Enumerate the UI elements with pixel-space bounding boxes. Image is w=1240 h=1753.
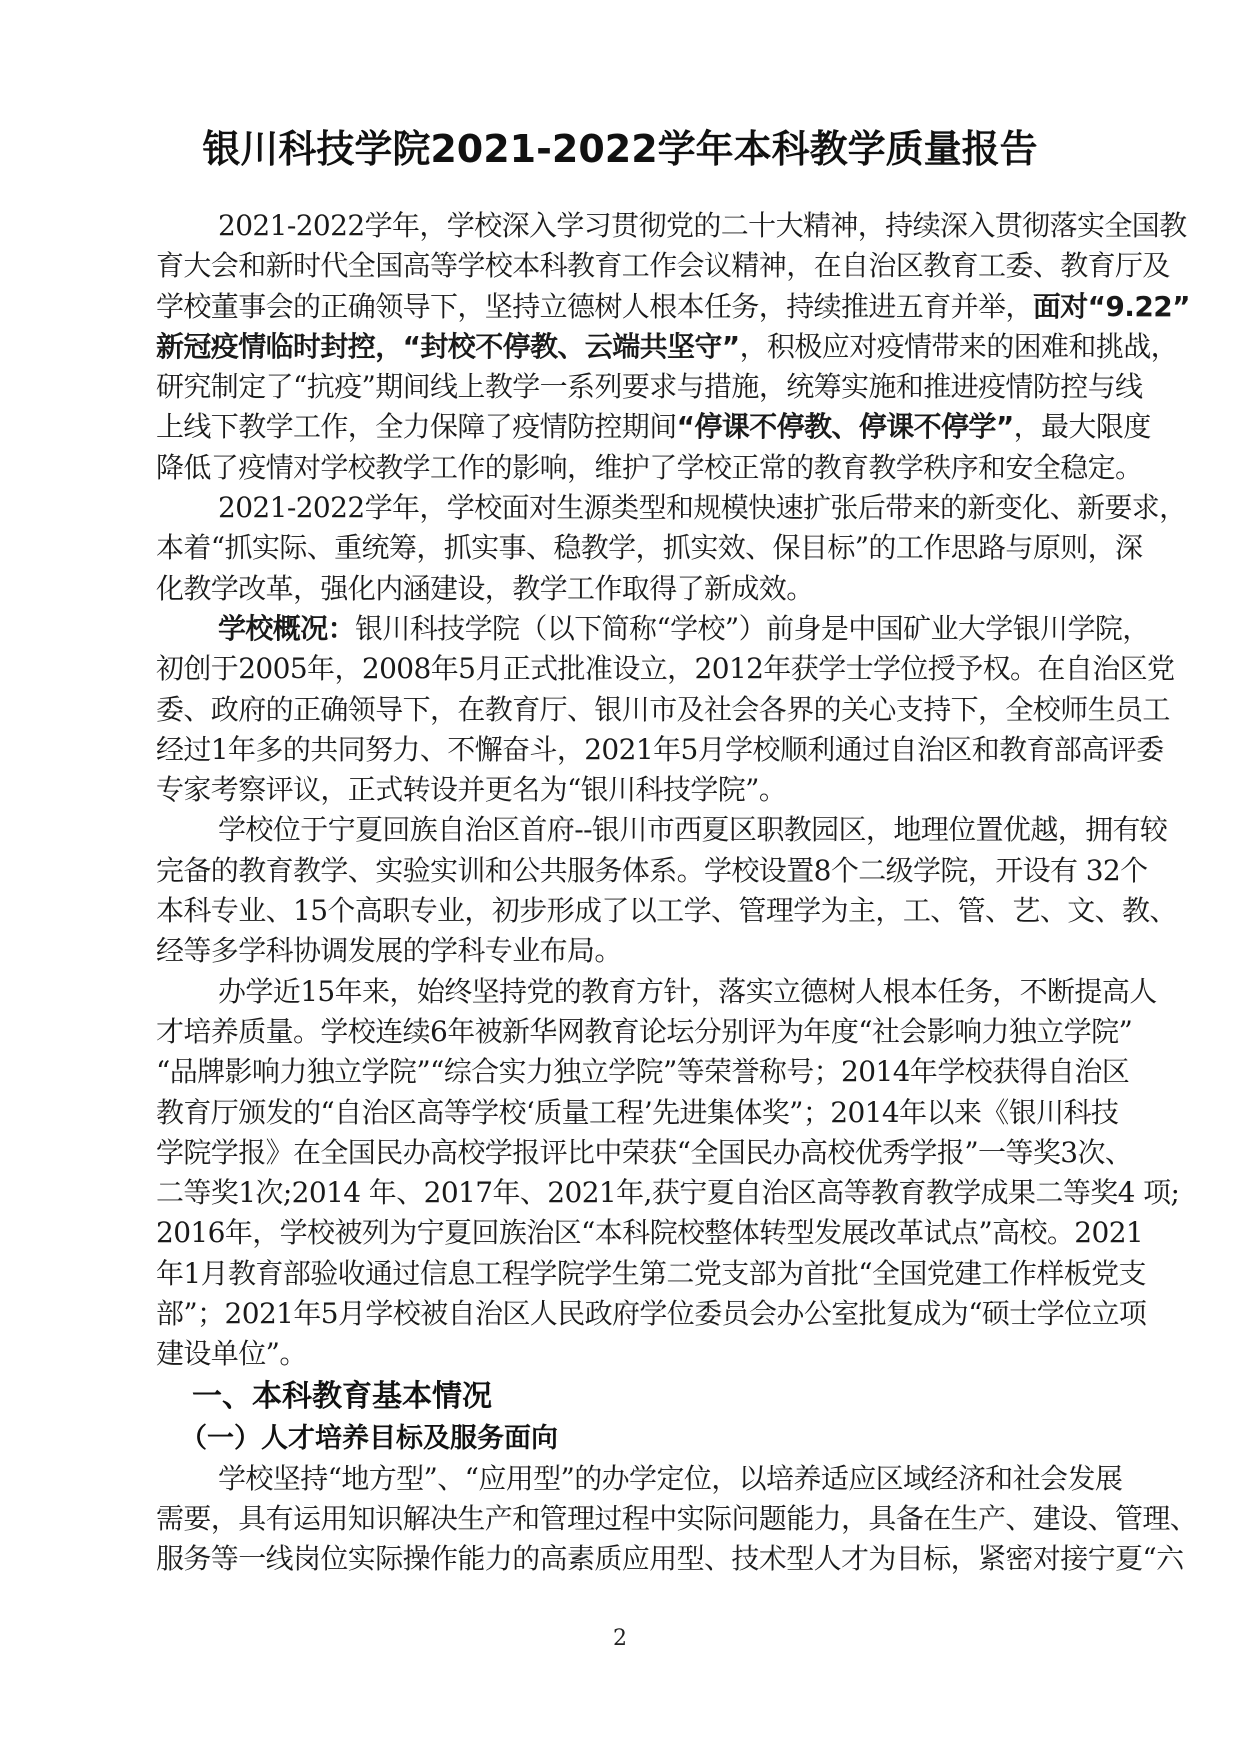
paragraph: 学校概况：银川科技学院（以下简称“学校”）前身是中国矿业大学银川学院，初创于20… — [156, 609, 1080, 810]
text-line: 育大会和新时代全国高等学校本科教育工作会议精神，在自治区教育工委、教育厅及 — [156, 246, 1080, 286]
text-line: 2021-2022学年，学校深入学习贯彻党的二十大精神，持续深入贯彻落实全国教 — [156, 206, 1080, 246]
text: 2021-2022学年，学校面对生源类型和规模快速扩张后带来的新变化、新要求， — [218, 491, 1187, 524]
text: 年1月教育部验收通过信息工程学院学生第二党支部为首批“全国党建工作样板党支 — [156, 1257, 1146, 1290]
section-heading: 一、本科教育基本情况 — [156, 1375, 1080, 1419]
paragraph: 办学近15年来，始终坚持党的教育方针，落实立德树人根本任务，不断提高人才培养质量… — [156, 972, 1080, 1375]
text-line: 专家考察评议，正式转设并更名为“银川科技学院”。 — [156, 770, 1080, 810]
text-line: 教育厅颁发的“自治区高等学校‘质量工程’先进集体奖”；2014年以来《银川科技 — [156, 1093, 1080, 1133]
text: 初创于2005年，2008年5月正式批准设立，2012年获学士学位授予权。在自治… — [156, 652, 1174, 685]
text-line: “品牌影响力独立学院”“综合实力独立学院”等荣誉称号；2014年学校获得自治区 — [156, 1052, 1080, 1092]
text-line: 学院学报》在全国民办高校学报评比中荣获“全国民办高校优秀学报”一等奖3次、 — [156, 1133, 1080, 1173]
text-line: 学校董事会的正确领导下，坚持立德树人根本任务，持续推进五育并举，面对“9.22” — [156, 287, 1080, 327]
text: 化教学改革，强化内涵建设，教学工作取得了新成效。 — [156, 572, 814, 605]
text-line: 学校概况：银川科技学院（以下简称“学校”）前身是中国矿业大学银川学院， — [156, 609, 1080, 649]
subsection-heading: （一）人才培养目标及服务面向 — [156, 1419, 1080, 1459]
text: 2016年，学校被列为宁夏回族治区“本科院校整体转型发展改革试点”高校。2021 — [156, 1216, 1143, 1249]
text-line: 研究制定了“抗疫”期间线上教学一系列要求与措施，统筹实施和推进疫情防控与线 — [156, 367, 1080, 407]
text-line: 上线下教学工作，全力保障了疫情防控期间“停课不停教、停课不停学”，最大限度 — [156, 407, 1080, 447]
text: 本科专业、15个高职专业，初步形成了以工学、管理学为主，工、管、艺、文、教、 — [156, 894, 1177, 927]
text-line: 需要，具有运用知识解决生产和管理过程中实际问题能力，具备在生产、建设、管理、 — [156, 1499, 1080, 1539]
text: 学校董事会的正确领导下，坚持立德树人根本任务，持续推进五育并举， — [156, 290, 1033, 323]
text: 委、政府的正确领导下，在教育厅、银川市及社会各界的关心支持下，全校师生员工 — [156, 693, 1170, 726]
text: 才培养质量。学校连续6年被新华网教育论坛分别评为年度“社会影响力独立学院” — [156, 1015, 1132, 1048]
text: 经过1年多的共同努力、不懈奋斗，2021年5月学校顺利通过自治区和教育部高评委 — [156, 733, 1164, 766]
text-line: 新冠疫情临时封控，“封校不停教、云端共坚守”，积极应对疫情带来的困难和挑战， — [156, 327, 1080, 367]
text-line: 本着“抓实际、重统筹，抓实事、稳教学，抓实效、保目标”的工作思路与原则，深 — [156, 528, 1080, 568]
text: 办学近15年来，始终坚持党的教育方针，落实立德树人根本任务，不断提高人 — [218, 975, 1157, 1008]
text: 专家考察评议，正式转设并更名为“银川科技学院”。 — [156, 773, 786, 806]
text-line: 2016年，学校被列为宁夏回族治区“本科院校整体转型发展改革试点”高校。2021 — [156, 1213, 1080, 1253]
bold-text: 面对“9.22” — [1033, 290, 1190, 323]
text-line: 部”；2021年5月学校被自治区人民政府学位委员会办公室批复成为“硕士学位立项 — [156, 1294, 1080, 1334]
text: 教育厅颁发的“自治区高等学校‘质量工程’先进集体奖”；2014年以来《银川科技 — [156, 1096, 1118, 1129]
text: 完备的教育教学、实验实训和公共服务体系。学校设置8个二级学院，开设有 32个 — [156, 854, 1148, 887]
text: 银川科技学院（以下简称“学校”）前身是中国矿业大学银川学院， — [355, 612, 1150, 645]
page-number: 2 — [0, 1626, 1240, 1651]
text-line: 办学近15年来，始终坚持党的教育方针，落实立德树人根本任务，不断提高人 — [156, 972, 1080, 1012]
bold-text: 新冠疫情临时封控，“封校不停教、云端共坚守” — [156, 330, 740, 363]
text: 学校位于宁夏回族自治区首府--银川市西夏区职教园区，地理位置优越，拥有较 — [218, 813, 1167, 846]
text-line: 二等奖1次;2014 年、2017年、2021年,获宁夏自治区高等教育教学成果二… — [156, 1173, 1080, 1213]
text: “品牌影响力独立学院”“综合实力独立学院”等荣誉称号；2014年学校获得自治区 — [156, 1055, 1129, 1088]
text: 2021-2022学年，学校深入学习贯彻党的二十大精神，持续深入贯彻落实全国教 — [218, 209, 1187, 242]
text-line: 服务等一线岗位实际操作能力的高素质应用型、技术型人才为目标，紧密对接宁夏“六 — [156, 1539, 1080, 1579]
document-page: 银川科技学院2021-2022学年本科教学质量报告 2021-2022学年，学校… — [0, 0, 1240, 1753]
text: 服务等一线岗位实际操作能力的高素质应用型、技术型人才为目标，紧密对接宁夏“六 — [156, 1542, 1184, 1575]
text-line: 完备的教育教学、实验实训和公共服务体系。学校设置8个二级学院，开设有 32个 — [156, 851, 1080, 891]
text: 上线下教学工作，全力保障了疫情防控期间 — [156, 410, 677, 443]
text-line: 化教学改革，强化内涵建设，教学工作取得了新成效。 — [156, 569, 1080, 609]
text-line: 初创于2005年，2008年5月正式批准设立，2012年获学士学位授予权。在自治… — [156, 649, 1080, 689]
text: 学校坚持“地方型”、“应用型”的办学定位，以培养适应区域经济和社会发展 — [218, 1462, 1122, 1495]
text: 建设单位”。 — [156, 1337, 307, 1370]
bold-text: “停课不停教、停课不停学” — [677, 410, 1014, 443]
text-line: 年1月教育部验收通过信息工程学院学生第二党支部为首批“全国党建工作样板党支 — [156, 1254, 1080, 1294]
document-title: 银川科技学院2021-2022学年本科教学质量报告 — [0, 124, 1240, 174]
text: 需要，具有运用知识解决生产和管理过程中实际问题能力，具备在生产、建设、管理、 — [156, 1502, 1197, 1535]
text: 降低了疫情对学校教学工作的影响，维护了学校正常的教育教学秩序和安全稳定。 — [156, 451, 1142, 484]
text-line: 学校坚持“地方型”、“应用型”的办学定位，以培养适应区域经济和社会发展 — [156, 1459, 1080, 1499]
text: ，积极应对疫情带来的困难和挑战， — [740, 330, 1178, 363]
text: 学院学报》在全国民办高校学报评比中荣获“全国民办高校优秀学报”一等奖3次、 — [156, 1136, 1132, 1169]
text-line: 经等多学科协调发展的学科专业布局。 — [156, 931, 1080, 971]
text: 部”；2021年5月学校被自治区人民政府学位委员会办公室批复成为“硕士学位立项 — [156, 1297, 1146, 1330]
text: 本着“抓实际、重统筹，抓实事、稳教学，抓实效、保目标”的工作思路与原则，深 — [156, 531, 1142, 564]
text: 经等多学科协调发展的学科专业布局。 — [156, 934, 622, 967]
text-line: 委、政府的正确领导下，在教育厅、银川市及社会各界的关心支持下，全校师生员工 — [156, 690, 1080, 730]
text: 二等奖1次;2014 年、2017年、2021年,获宁夏自治区高等教育教学成果二… — [156, 1176, 1179, 1209]
paragraph: 学校位于宁夏回族自治区首府--银川市西夏区职教园区，地理位置优越，拥有较完备的教… — [156, 810, 1080, 971]
text-line: 学校位于宁夏回族自治区首府--银川市西夏区职教园区，地理位置优越，拥有较 — [156, 810, 1080, 850]
text-line: 经过1年多的共同努力、不懈奋斗，2021年5月学校顺利通过自治区和教育部高评委 — [156, 730, 1080, 770]
paragraph: 2021-2022学年，学校深入学习贯彻党的二十大精神，持续深入贯彻落实全国教育… — [156, 206, 1080, 488]
text-line: 才培养质量。学校连续6年被新华网教育论坛分别评为年度“社会影响力独立学院” — [156, 1012, 1080, 1052]
paragraph: 2021-2022学年，学校面对生源类型和规模快速扩张后带来的新变化、新要求，本… — [156, 488, 1080, 609]
text-line: 本科专业、15个高职专业，初步形成了以工学、管理学为主，工、管、艺、文、教、 — [156, 891, 1080, 931]
text-line: 2021-2022学年，学校面对生源类型和规模快速扩张后带来的新变化、新要求， — [156, 488, 1080, 528]
text-line: 降低了疫情对学校教学工作的影响，维护了学校正常的教育教学秩序和安全稳定。 — [156, 448, 1080, 488]
bold-text: 学校概况： — [218, 612, 355, 645]
text: ，最大限度 — [1014, 410, 1151, 443]
document-body: 2021-2022学年，学校深入学习贯彻党的二十大精神，持续深入贯彻落实全国教育… — [156, 206, 1080, 1580]
text: 育大会和新时代全国高等学校本科教育工作会议精神，在自治区教育工委、教育厅及 — [156, 249, 1170, 282]
paragraph: 学校坚持“地方型”、“应用型”的办学定位，以培养适应区域经济和社会发展需要，具有… — [156, 1459, 1080, 1580]
text-line: 建设单位”。 — [156, 1334, 1080, 1374]
text: 研究制定了“抗疫”期间线上教学一系列要求与措施，统筹实施和推进疫情防控与线 — [156, 370, 1142, 403]
